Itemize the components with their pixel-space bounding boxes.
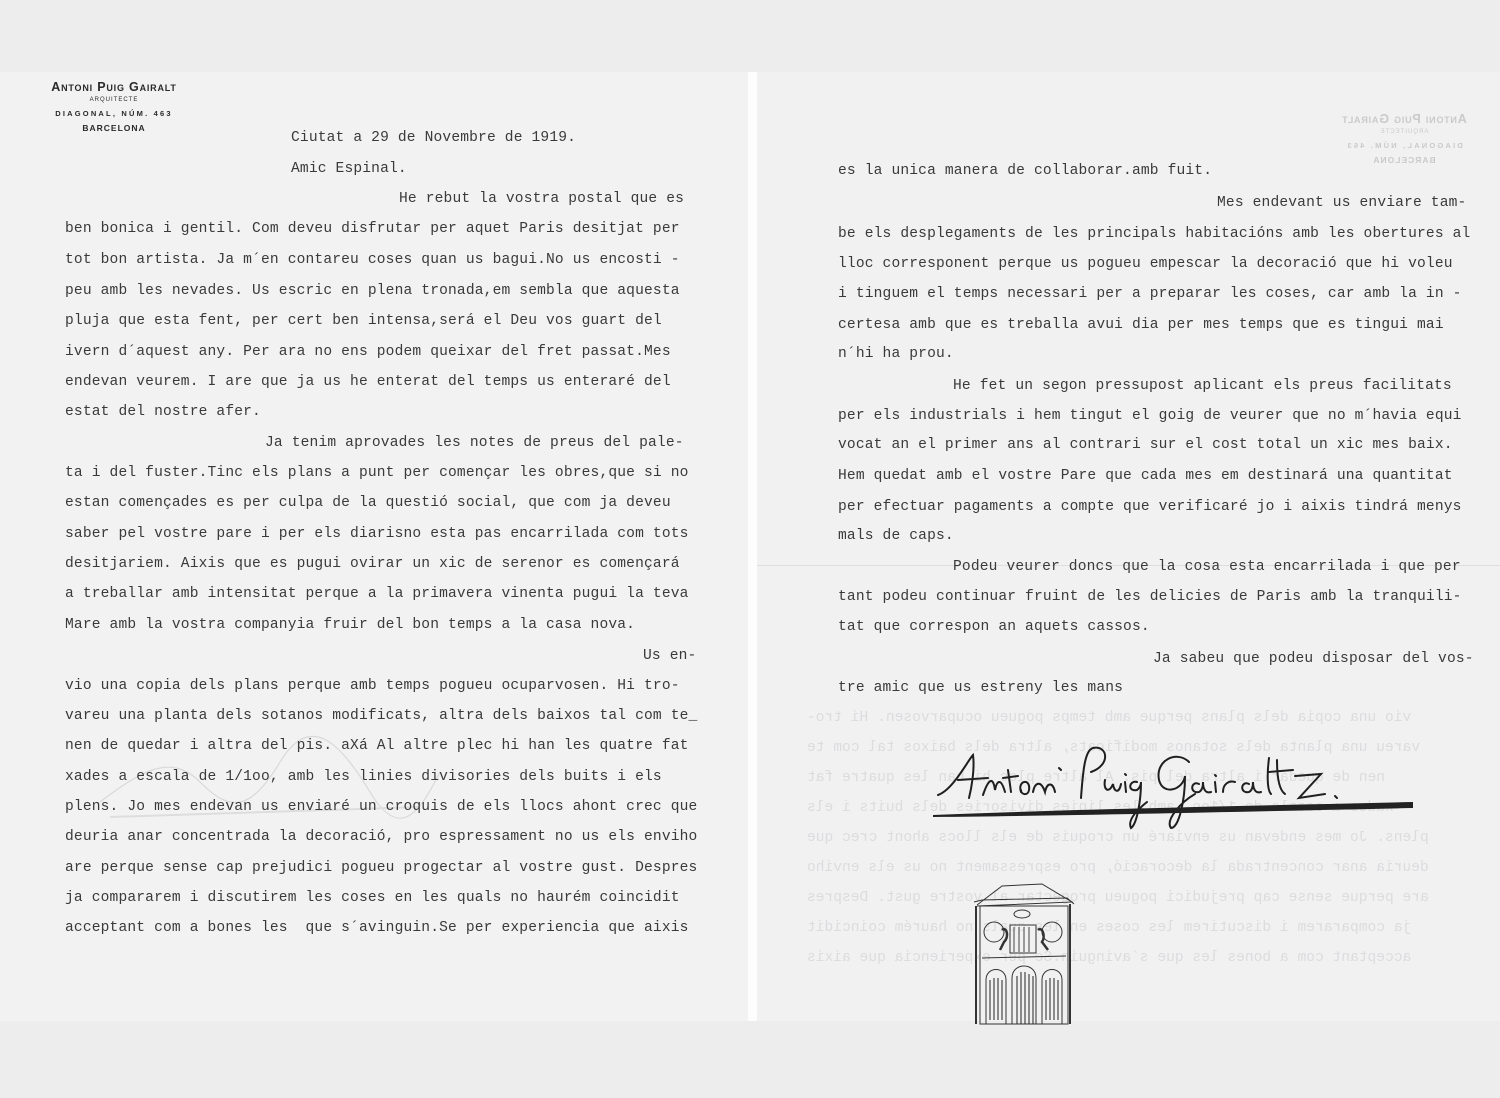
bleed-through-line: deuria anar concentrada la decoració, pr… [807,860,1429,876]
typed-line: ben bonica i gentil. Com deveu disfrutar… [65,221,680,237]
letterhead-name: Antoni Puig Gairalt [36,80,192,94]
bleed-through-line: acceptant com a bones les que s´avinguin… [807,950,1411,966]
typed-line: n´hi ha prou. [838,346,954,362]
letterhead-city: BARCELONA [36,123,192,133]
letterhead-ghost-address: DIAGONAL, NÚM. 463 [1324,141,1484,150]
typed-line: saber pel vostre pare i per els diarisno… [65,526,689,542]
typed-line: endevan veurem. I are que ja us he enter… [65,374,671,390]
letterhead-address: DIAGONAL, NÚM. 463 [36,109,192,118]
typed-line: tat que correspon an aquets cassos. [838,619,1150,635]
typed-line: per els industrials i hem tingut el goig… [838,408,1462,424]
typed-line: Us en- [643,648,696,664]
letterhead-role: ARQUITECTE [36,97,192,103]
typed-line: deuria anar concentrada la decoració, pr… [65,829,697,845]
bleed-through-line: are perque sense cap prejudici pogueu pr… [807,890,1429,906]
typed-line: Hem quedat amb el vostre Pare que cada m… [838,468,1453,484]
letter-page-1: Antoni Puig Gairalt ARQUITECTE DIAGONAL,… [0,72,748,1021]
typed-line: Ja tenim aprovades les notes de preus de… [265,435,684,451]
typed-line: lloc corresponent perque us pogueu empes… [838,256,1453,272]
typed-line: vocat an el primer ans al contrari sur e… [838,437,1453,453]
typed-line: ta i del fuster.Tinc els plans a punt pe… [65,465,689,481]
typed-line: i tinguem el temps necessari per a prepa… [838,286,1462,302]
typed-line: Mare amb la vostra companyia fruir del b… [65,617,635,633]
typed-line: certesa amb que es treballa avui dia per… [838,317,1444,333]
typed-line: Amic Espinal. [291,161,407,177]
letterhead: Antoni Puig Gairalt ARQUITECTE DIAGONAL,… [36,80,192,133]
typed-line: desitjariem. Aixis que es pugui ovirar u… [65,556,680,572]
typed-line: xades a escala de 1/1oo, amb les linies … [65,769,662,785]
letterhead-ghost-name: Antoni Puig Gairalt [1324,112,1484,126]
typed-line: He fet un segon pressupost aplicant els … [953,378,1452,394]
typed-line: tre amic que us estreny les mans [838,680,1123,696]
typed-line: are perque sense cap prejudici pogueu pr… [65,860,697,876]
handwritten-signature: Antoni Puig Gairalt [933,740,1423,830]
typed-line: plens. Jo mes endevan us enviaré un croq… [65,799,697,815]
typed-line: acceptant com a bones les que s´avinguin… [65,920,689,936]
bleed-through-line: plens. Jo mes endevan us enviaré un croq… [807,830,1429,846]
typed-line: estat del nostre afer. [65,404,261,420]
page-gap [748,72,757,1021]
facade-sketch [962,880,1082,1025]
letterhead-ghost-city: BARCELONA [1324,155,1484,165]
typed-line: per efectuar pagaments a compte que veri… [838,499,1462,515]
typed-line: estan començades es per culpa de la ques… [65,495,671,511]
typed-line: nen de quedar i altra del pis. aXá Al al… [65,738,689,754]
typed-line: tant podeu continuar fruint de les delic… [838,589,1462,605]
letter-page-2: Antoni Puig Gairalt ARQUITECTE DIAGONAL,… [757,72,1500,1021]
typed-line: tot bon artista. Ja m´en contareu coses … [65,252,680,268]
typed-line: pluja que esta fent, per cert ben intens… [65,313,662,329]
typed-line: ivern d´aquest any. Per ara no ens podem… [65,344,671,360]
typed-line: a treballar amb intensitat perque a la p… [65,586,689,602]
letterhead-ghost: Antoni Puig Gairalt ARQUITECTE DIAGONAL,… [1324,112,1484,165]
typed-line: peu amb les nevades. Us escric en plena … [65,283,680,299]
typed-line: Ja sabeu que podeu disposar del vos- [1153,651,1474,667]
typed-line: ja compararem i discutirem les coses en … [65,890,680,906]
typed-line: Mes endevant us enviare tam- [1217,195,1466,211]
typed-line: He rebut la vostra postal que es [399,191,684,207]
bleed-through-line: ja compararem i discutirem les coses en … [807,920,1411,936]
typed-line: mals de caps. [838,528,954,544]
typed-line: vareu una planta dels sotanos modificats… [65,708,697,724]
letterhead-ghost-role: ARQUITECTE [1324,129,1484,135]
bleed-through-line: vio una copia dels plans perque amb temp… [807,710,1411,726]
typed-line: be els desplegaments de les principals h… [838,226,1470,242]
typed-line: es la unica manera de collaborar.amb fui… [838,163,1212,179]
typed-line: Ciutat a 29 de Novembre de 1919. [291,130,576,146]
typed-line: vio una copia dels plans perque amb temp… [65,678,680,694]
typed-line: Podeu veurer doncs que la cosa esta enca… [953,559,1461,575]
